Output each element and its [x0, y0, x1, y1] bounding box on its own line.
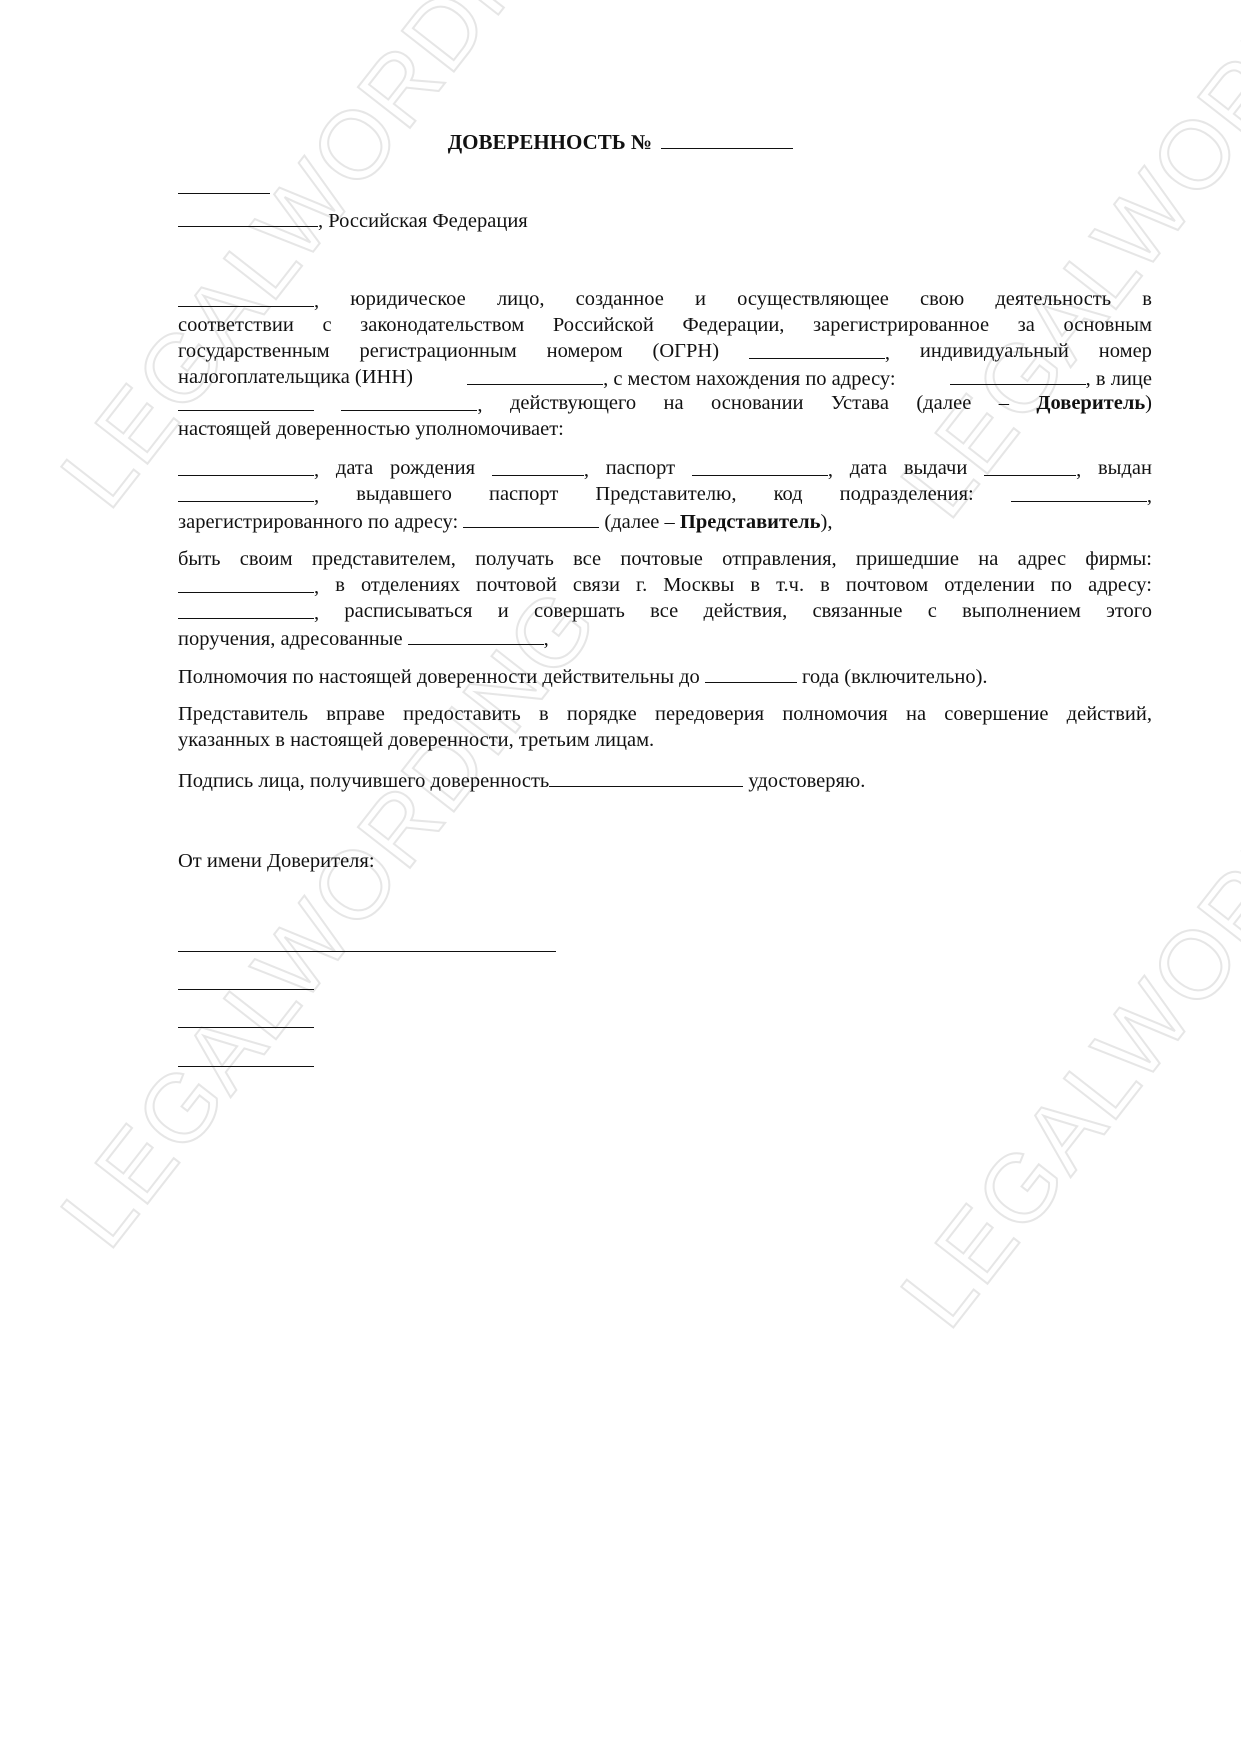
- para3-line3: , расписыватьсяисовершатьвседействия,свя…: [178, 600, 1152, 625]
- division-code-blank[interactable]: [1011, 483, 1147, 502]
- inn-label: налогоплательщика (ИНН): [178, 366, 413, 391]
- address-label: , с местом нахождения по адресу:: [603, 368, 896, 390]
- hereinafter-text: (далее –: [599, 511, 680, 533]
- para2-line1: , датарождения , паспорт , датавыдачи , …: [178, 457, 1152, 482]
- principal-term: Доверитель: [1036, 392, 1145, 414]
- on-behalf-label: От имени Доверителя:: [178, 850, 375, 873]
- post-office-address-blank[interactable]: [178, 600, 314, 619]
- address-blank[interactable]: [950, 366, 1086, 385]
- issue-date-blank[interactable]: [984, 457, 1076, 476]
- watermark: LEGALWORDING: [40, 0, 620, 528]
- signatory-position-line[interactable]: [178, 1026, 314, 1028]
- inn-blank[interactable]: [467, 366, 603, 385]
- in-person-label: , в лице: [1086, 368, 1152, 390]
- para1-line4: налогоплательщика (ИНН) , с местом нахож…: [178, 366, 1152, 391]
- inclusive-text: года (включительно).: [797, 666, 988, 688]
- city-line: , Российская Федерация: [178, 208, 528, 233]
- para3-line2: , вотделенияхпочтовойсвязиг.Москвывт.ч.в…: [178, 574, 1152, 599]
- signature-blank[interactable]: [549, 768, 743, 787]
- validity-date-blank[interactable]: [705, 664, 797, 683]
- ogrn-blank[interactable]: [749, 340, 885, 359]
- signature-label: Подпись лица, получившего доверенность: [178, 770, 549, 792]
- signatory-name-line[interactable]: [178, 988, 314, 990]
- representative-name-blank[interactable]: [178, 457, 314, 476]
- representative-term: Представитель: [680, 511, 821, 533]
- para3-line1: бытьсвоимпредставителем,получатьвсепочто…: [178, 548, 1152, 571]
- para2-line3: зарегистрированного по адресу: (далее – …: [178, 509, 1152, 534]
- certify-text: удостоверяю.: [743, 770, 865, 792]
- registered-address-label: зарегистрированного по адресу:: [178, 511, 458, 533]
- signature-cert-line: Подпись лица, получившего доверенность у…: [178, 768, 1152, 793]
- watermark: LEGALWORDING: [880, 649, 1241, 1348]
- issuer-blank[interactable]: [178, 483, 314, 502]
- number-blank[interactable]: [661, 130, 793, 149]
- city-blank[interactable]: [178, 208, 318, 227]
- birth-date-blank[interactable]: [492, 457, 584, 476]
- country-text: , Российская Федерация: [318, 210, 528, 232]
- position-blank[interactable]: [178, 392, 314, 411]
- passport-blank[interactable]: [692, 457, 828, 476]
- addressee-blank[interactable]: [408, 626, 544, 645]
- addressed-label: поручения, адресованные: [178, 628, 403, 650]
- para2-line2: , выдавшегопаспортПредставителю,кодподра…: [178, 483, 1152, 508]
- delegation-line2: указанных в настоящей доверенности, трет…: [178, 729, 1152, 752]
- closing-paren: ),: [821, 511, 833, 533]
- delegation-line1: Представительвправепредоставитьвпорядкеп…: [178, 703, 1152, 726]
- comma: ,: [544, 628, 549, 650]
- principal-name-blank[interactable]: [178, 288, 314, 307]
- document-page: LEGALWORDING LEGALWORDING LEGALWORDING L…: [0, 0, 1241, 1754]
- title-text: ДОВЕРЕННОСТЬ №: [448, 130, 652, 154]
- para1-line3: государственнымрегистрационнымномером(ОГ…: [178, 340, 1152, 365]
- para1-line5: , действующегонаоснованииУстава(далее–До…: [178, 392, 1152, 417]
- validity-text: Полномочия по настоящей доверенности дей…: [178, 666, 700, 688]
- para1-line1: , юридическоелицо,созданноеиосуществляющ…: [178, 288, 1152, 313]
- registered-address-blank[interactable]: [463, 509, 599, 528]
- validity-line: Полномочия по настоящей доверенности дей…: [178, 664, 1152, 689]
- director-name-blank[interactable]: [341, 392, 477, 411]
- principal-signature-line[interactable]: [178, 950, 556, 952]
- date-blank[interactable]: [178, 192, 270, 194]
- para3-line4: поручения, адресованные ,: [178, 626, 1152, 651]
- firm-address-blank[interactable]: [178, 574, 314, 593]
- signatory-date-line[interactable]: [178, 1065, 314, 1067]
- document-title: ДОВЕРЕННОСТЬ №: [0, 130, 1241, 155]
- para1-line6: настоящей доверенностью уполномочивает:: [178, 418, 1152, 441]
- para1-line2: соответствиисзаконодательствомРоссийской…: [178, 314, 1152, 337]
